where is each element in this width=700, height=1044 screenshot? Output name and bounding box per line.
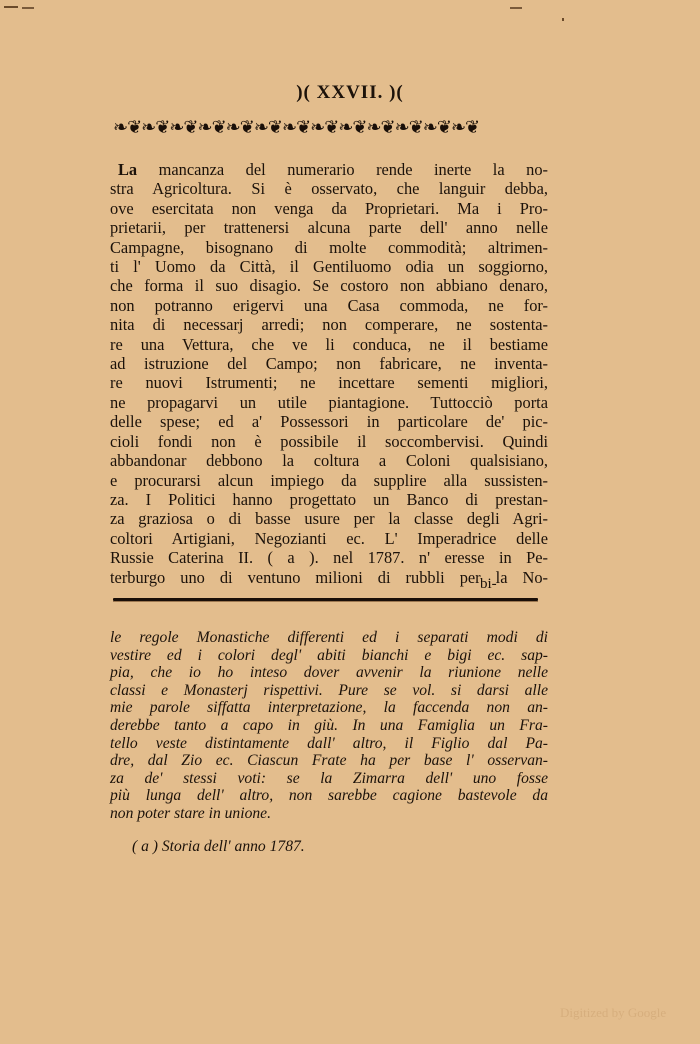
running-head-page-number: )( XXVII. )( [0,82,700,104]
text-line: ove esercitata non venga da Proprietari.… [110,199,548,218]
text-line: ne propagarvi un utile piantagione. Tutt… [110,393,548,412]
text-line: coltori Artigiani, Negozianti ec. L' Imp… [110,529,548,548]
text-line: cioli fondi non è possibile il soccomber… [110,432,548,451]
footnote-line: tello veste distintamente dall' altro, i… [110,735,548,753]
text-line: za. I Politici hanno progettato un Banco… [110,490,548,509]
first-word: La [118,160,137,179]
catchword: bi- [480,576,497,593]
text-line: re una Vettura, che ve li conduca, ne il… [110,335,548,354]
footnote-line: non poter stare in unione. [110,805,548,823]
footnote-separator-rule-shadow [113,601,538,602]
text-line: e procurarsi alcun impiego da supplire a… [110,471,548,490]
page-specks [0,0,700,60]
book-page: )( XXVII. )( ❧❦❧❦❧❦❧❦❧❦❧❦❧❦❧❦❧❦❧❦❧❦❧❦❧❦ … [0,0,700,1044]
footnote-line: pia, che io ho inteso dover avvenir la r… [110,664,548,682]
text-line: abbandonar debbono la coltura a Coloni q… [110,451,548,470]
footnote-line: vestire ed i colori degl' abiti bianchi … [110,647,548,665]
footnote-continuation-text: le regole Monastiche differenti ed i sep… [110,629,548,823]
footnote-line: za de' stessi voti: se la Zimarra dell' … [110,770,548,788]
footnote-line: le regole Monastiche differenti ed i sep… [110,629,548,647]
text-line: prietarii, per trattenersi alcuna parte … [110,218,548,237]
footnote-line: mie parole siffatta interpretazione, la … [110,699,548,717]
footnote-line: classi e Monasterj rispettivi. Pure se v… [110,682,548,700]
footnote-line: derebbe tanto a capo in giù. In una Fami… [110,717,548,735]
text-line: La mancanza del numerario rende inerte l… [110,160,548,179]
text-line: ad istruzione del Campo; non fabricare, … [110,354,548,373]
digitization-watermark: Digitized by Google [560,1005,666,1021]
main-body-text: La mancanza del numerario rende inerte l… [110,160,548,587]
text-line: re nuovi Istrumenti; ne incettare sement… [110,373,548,392]
text-line: ti l' Uomo da Città, il Gentiluomo odia … [110,257,548,276]
text-line: non potranno erigervi una Casa commoda, … [110,296,548,315]
text-line: stra Agricoltura. Si è osservato, che la… [110,179,548,198]
decorative-ornament-band: ❧❦❧❦❧❦❧❦❧❦❧❦❧❦❧❦❧❦❧❦❧❦❧❦❧❦ [113,116,539,140]
text-line: Campagne, bisognano di molte commodità; … [110,238,548,257]
footnote-line: più lunga dell' altro, non sarebbe cagio… [110,787,548,805]
text-line: delle spese; ed a' Possessori in partico… [110,412,548,431]
footnote-line: dre, dal Zio ec. Ciascun Frate ha per ba… [110,752,548,770]
footnote-reference-a: ( a ) Storia dell' anno 1787. [132,838,305,856]
text-line: Russie Caterina II. ( a ). nel 1787. n' … [110,548,548,567]
text-line: che forma il suo disagio. Se costoro non… [110,276,548,295]
text-line: nita di necessarj arredi; non comperare,… [110,315,548,334]
text-line: za graziosa o di basse usure per la clas… [110,509,548,528]
